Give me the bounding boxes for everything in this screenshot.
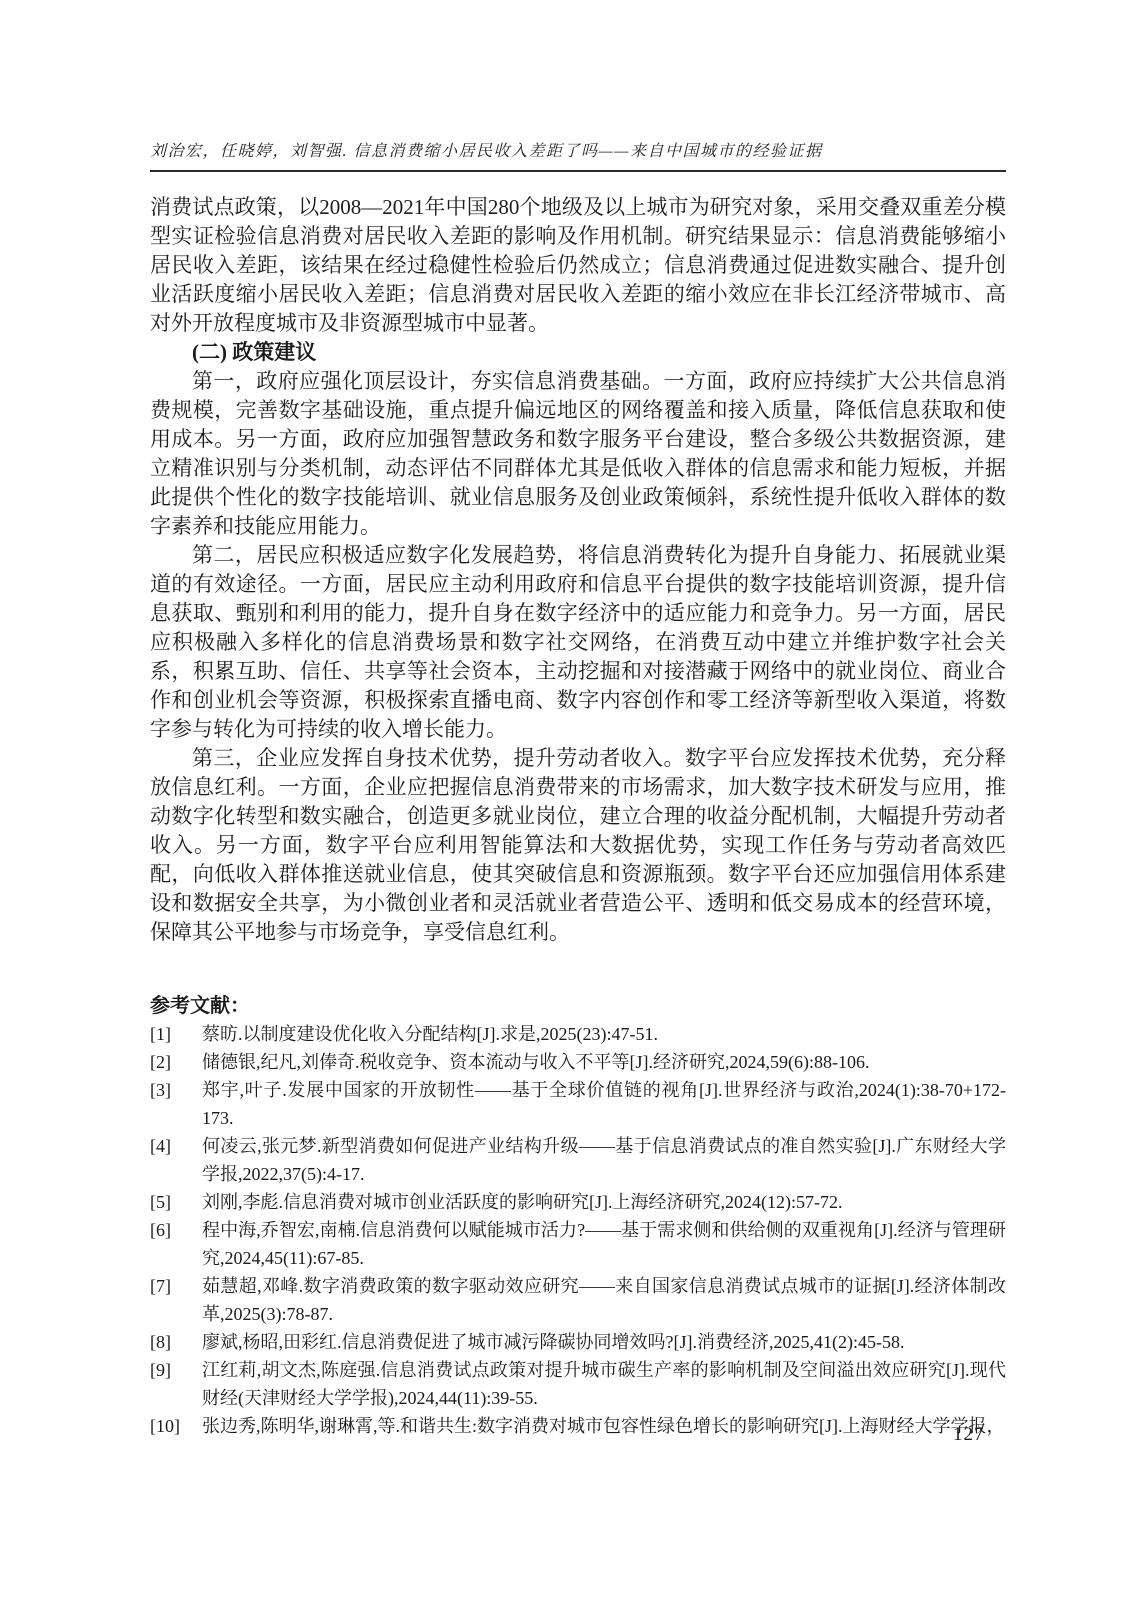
reference-marker: [9] bbox=[150, 1356, 171, 1384]
reference-item: [7] 茹慧超,邓峰.数字消费政策的数字驱动效应研究——来自国家信息消费试点城市… bbox=[150, 1272, 1006, 1328]
reference-marker: [8] bbox=[150, 1328, 171, 1356]
header-rule bbox=[150, 170, 1006, 172]
reference-text: 茹慧超,邓峰.数字消费政策的数字驱动效应研究——来自国家信息消费试点城市的证据[… bbox=[202, 1276, 1006, 1324]
section-heading: (二) 政策建议 bbox=[150, 338, 1006, 367]
reference-item: [2] 储德银,纪凡,刘俸奇.税收竞争、资本流动与收入不平等[J].经济研究,2… bbox=[150, 1048, 1006, 1076]
paper-page: 刘治宏，任晓婷，刘智强. 信息消费缩小居民收入差距了吗——来自中国城市的经验证据… bbox=[0, 0, 1140, 1600]
body-paragraph-2: 第二，居民应积极适应数字化发展趋势，将信息消费转化为提升自身能力、拓展就业渠道的… bbox=[150, 541, 1006, 744]
body-paragraph-1: 第一，政府应强化顶层设计，夯实信息消费基础。一方面，政府应持续扩大公共信息消费规… bbox=[150, 367, 1006, 541]
opening-paragraph: 消费试点政策，以2008—2021年中国280个地级及以上城市为研究对象，采用交… bbox=[150, 193, 1006, 338]
reference-text: 储德银,纪凡,刘俸奇.税收竞争、资本流动与收入不平等[J].经济研究,2024,… bbox=[202, 1052, 869, 1072]
reference-item: [6] 程中海,乔智宏,南楠.信息消费何以赋能城市活力?——基于需求侧和供给侧的… bbox=[150, 1216, 1006, 1272]
references-heading: 参考文献： bbox=[150, 992, 1006, 1020]
reference-marker: [3] bbox=[150, 1076, 171, 1104]
reference-text: 廖斌,杨昭,田彩红.信息消费促进了城市减污降碳协同增效吗?[J].消费经济,20… bbox=[202, 1332, 904, 1352]
references-section: 参考文献： [1] 蔡昉.以制度建设优化收入分配结构[J].求是,2025(23… bbox=[150, 992, 1006, 1440]
reference-text: 张边秀,陈明华,谢琳霄,等.和谐共生:数字消费对城市包容性绿色增长的影响研究[J… bbox=[202, 1416, 1005, 1436]
reference-text: 郑宇,叶子.发展中国家的开放韧性——基于全球价值链的视角[J].世界经济与政治,… bbox=[202, 1080, 1006, 1128]
running-head: 刘治宏，任晓婷，刘智强. 信息消费缩小居民收入差距了吗——来自中国城市的经验证据 bbox=[150, 138, 1006, 170]
reference-item: [8] 廖斌,杨昭,田彩红.信息消费促进了城市减污降碳协同增效吗?[J].消费经… bbox=[150, 1328, 1006, 1356]
reference-marker: [5] bbox=[150, 1188, 171, 1216]
reference-text: 程中海,乔智宏,南楠.信息消费何以赋能城市活力?——基于需求侧和供给侧的双重视角… bbox=[202, 1220, 1006, 1268]
reference-item: [5] 刘刚,李彪.信息消费对城市创业活跃度的影响研究[J].上海经济研究,20… bbox=[150, 1188, 1006, 1216]
reference-text: 刘刚,李彪.信息消费对城市创业活跃度的影响研究[J].上海经济研究,2024(1… bbox=[202, 1192, 842, 1212]
reference-marker: [4] bbox=[150, 1132, 171, 1160]
reference-marker: [7] bbox=[150, 1272, 171, 1300]
reference-marker: [6] bbox=[150, 1216, 171, 1244]
reference-text: 江红莉,胡文杰,陈庭强.信息消费试点政策对提升城市碳生产率的影响机制及空间溢出效… bbox=[202, 1360, 1006, 1408]
reference-item: [4] 何凌云,张元梦.新型消费如何促进产业结构升级——基于信息消费试点的准自然… bbox=[150, 1132, 1006, 1188]
reference-item: [1] 蔡昉.以制度建设优化收入分配结构[J].求是,2025(23):47-5… bbox=[150, 1020, 1006, 1048]
body-text: 消费试点政策，以2008—2021年中国280个地级及以上城市为研究对象，采用交… bbox=[150, 193, 1006, 947]
body-paragraph-3: 第三，企业应发挥自身技术优势，提升劳动者收入。数字平台应发挥技术优势，充分释放信… bbox=[150, 744, 1006, 947]
page-number: 127 bbox=[953, 1424, 985, 1446]
reference-marker: [10] bbox=[150, 1412, 180, 1440]
reference-item: [10] 张边秀,陈明华,谢琳霄,等.和谐共生:数字消费对城市包容性绿色增长的影… bbox=[150, 1412, 1006, 1440]
reference-text: 何凌云,张元梦.新型消费如何促进产业结构升级——基于信息消费试点的准自然实验[J… bbox=[202, 1136, 1006, 1184]
reference-list: [1] 蔡昉.以制度建设优化收入分配结构[J].求是,2025(23):47-5… bbox=[150, 1020, 1006, 1440]
reference-marker: [1] bbox=[150, 1020, 171, 1048]
reference-item: [9] 江红莉,胡文杰,陈庭强.信息消费试点政策对提升城市碳生产率的影响机制及空… bbox=[150, 1356, 1006, 1412]
reference-marker: [2] bbox=[150, 1048, 171, 1076]
page-content: 刘治宏，任晓婷，刘智强. 信息消费缩小居民收入差距了吗——来自中国城市的经验证据… bbox=[150, 138, 1006, 1440]
reference-text: 蔡昉.以制度建设优化收入分配结构[J].求是,2025(23):47-51. bbox=[202, 1024, 658, 1044]
reference-item: [3] 郑宇,叶子.发展中国家的开放韧性——基于全球价值链的视角[J].世界经济… bbox=[150, 1076, 1006, 1132]
